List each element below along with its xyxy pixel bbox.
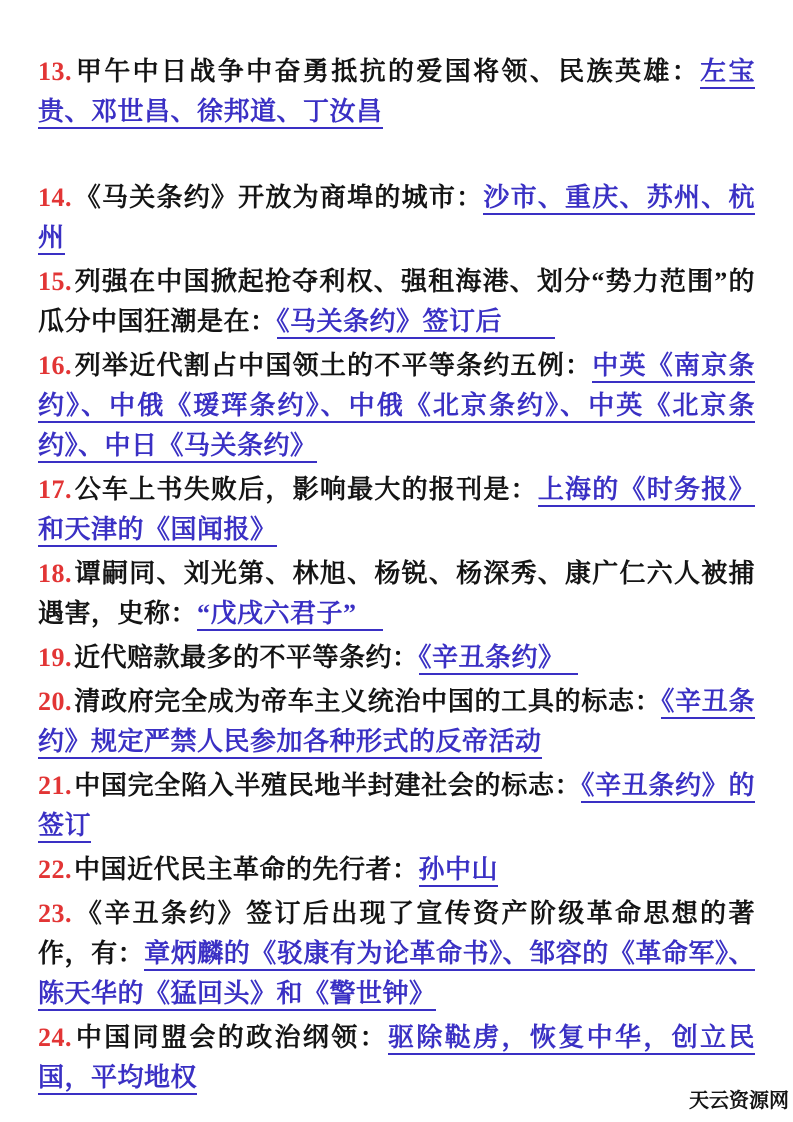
qa-item-22: 22.中国近代民主革命的先行者：孙中山 bbox=[38, 850, 755, 890]
question-text: 近代赔款最多的不平等条约： bbox=[74, 643, 419, 672]
item-number: 14. bbox=[38, 183, 72, 212]
item-number: 21. bbox=[38, 771, 72, 800]
item-number: 13. bbox=[38, 57, 72, 86]
item-number: 24. bbox=[38, 1023, 72, 1052]
item-number: 22. bbox=[38, 855, 72, 884]
question-text: 公车上书失败后，影响最大的报刊是： bbox=[74, 475, 538, 504]
answer-text: 章炳麟的《驳康有为论革命书》、邹容的《革命军》、陈天华的《猛回头》和《警世钟》 bbox=[38, 939, 755, 1011]
item-number: 19. bbox=[38, 643, 72, 672]
qa-item-19: 19.近代赔款最多的不平等条约：《辛丑条约》 bbox=[38, 638, 755, 678]
question-text: 清政府完全成为帝车主义统治中国的工具的标志： bbox=[74, 687, 661, 716]
question-text: 中国完全陷入半殖民地半封建社会的标志： bbox=[74, 771, 581, 800]
question-text: 甲午中日战争中奋勇抵抗的爱国将领、民族英雄： bbox=[74, 57, 700, 86]
answer-text: 《马关条约》签订后 bbox=[277, 307, 556, 339]
question-text: 谭嗣同、刘光第、林旭、杨锐、杨深秀、康广仁六人被捕遇害，史称： bbox=[38, 559, 755, 628]
item-number: 23. bbox=[38, 899, 72, 928]
item-number: 18. bbox=[38, 559, 72, 588]
question-text: 中国近代民主革命的先行者： bbox=[74, 855, 419, 884]
qa-item-14: 14.《马关条约》开放为商埠的城市：沙市、重庆、苏州、杭州 bbox=[38, 178, 755, 258]
answer-text: “戊戌六君子” bbox=[197, 599, 383, 631]
qa-item-16: 16.列举近代割占中国领土的不平等条约五例：中英《南京条约》、中俄《瑷珲条约》、… bbox=[38, 346, 755, 466]
qa-item-15: 15.列强在中国掀起抢夺利权、强租海港、划分“势力范围”的瓜分中国狂潮是在：《马… bbox=[38, 262, 755, 342]
qa-item-13: 13.甲午中日战争中奋勇抵抗的爱国将领、民族英雄：左宝贵、邓世昌、徐邦道、丁汝昌 bbox=[38, 52, 755, 132]
qa-item-17: 17.公车上书失败后，影响最大的报刊是：上海的《时务报》和天津的《国闻报》 bbox=[38, 470, 755, 550]
watermark: 天云资源网 bbox=[689, 1084, 789, 1113]
qa-item-21: 21.中国完全陷入半殖民地半封建社会的标志：《辛丑条约》的签订 bbox=[38, 766, 755, 846]
qa-list: 13.甲午中日战争中奋勇抵抗的爱国将领、民族英雄：左宝贵、邓世昌、徐邦道、丁汝昌… bbox=[0, 0, 793, 1098]
answer-text: 孙中山 bbox=[419, 855, 499, 887]
document-page: 13.甲午中日战争中奋勇抵抗的爱国将领、民族英雄：左宝贵、邓世昌、徐邦道、丁汝昌… bbox=[0, 0, 793, 1122]
item-number: 20. bbox=[38, 687, 72, 716]
question-text: 中国同盟会的政治纲领： bbox=[74, 1023, 388, 1052]
qa-item-23: 23.《辛丑条约》签订后出现了宣传资产阶级革命思想的著作，有：章炳麟的《驳康有为… bbox=[38, 894, 755, 1014]
item-number: 15. bbox=[38, 267, 72, 296]
answer-text: 《辛丑条约》 bbox=[419, 643, 579, 675]
qa-item-20: 20.清政府完全成为帝车主义统治中国的工具的标志：《辛丑条约》规定严禁人民参加各… bbox=[38, 682, 755, 762]
question-text: 列举近代割占中国领土的不平等条约五例： bbox=[74, 351, 592, 380]
question-text: 《马关条约》开放为商埠的城市： bbox=[74, 183, 483, 212]
qa-item-18: 18.谭嗣同、刘光第、林旭、杨锐、杨深秀、康广仁六人被捕遇害，史称：“戊戌六君子… bbox=[38, 554, 755, 634]
qa-item-24: 24.中国同盟会的政治纲领：驱除鞑虏，恢复中华，创立民国，平均地权 bbox=[38, 1018, 755, 1098]
item-number: 17. bbox=[38, 475, 72, 504]
item-number: 16. bbox=[38, 351, 72, 380]
